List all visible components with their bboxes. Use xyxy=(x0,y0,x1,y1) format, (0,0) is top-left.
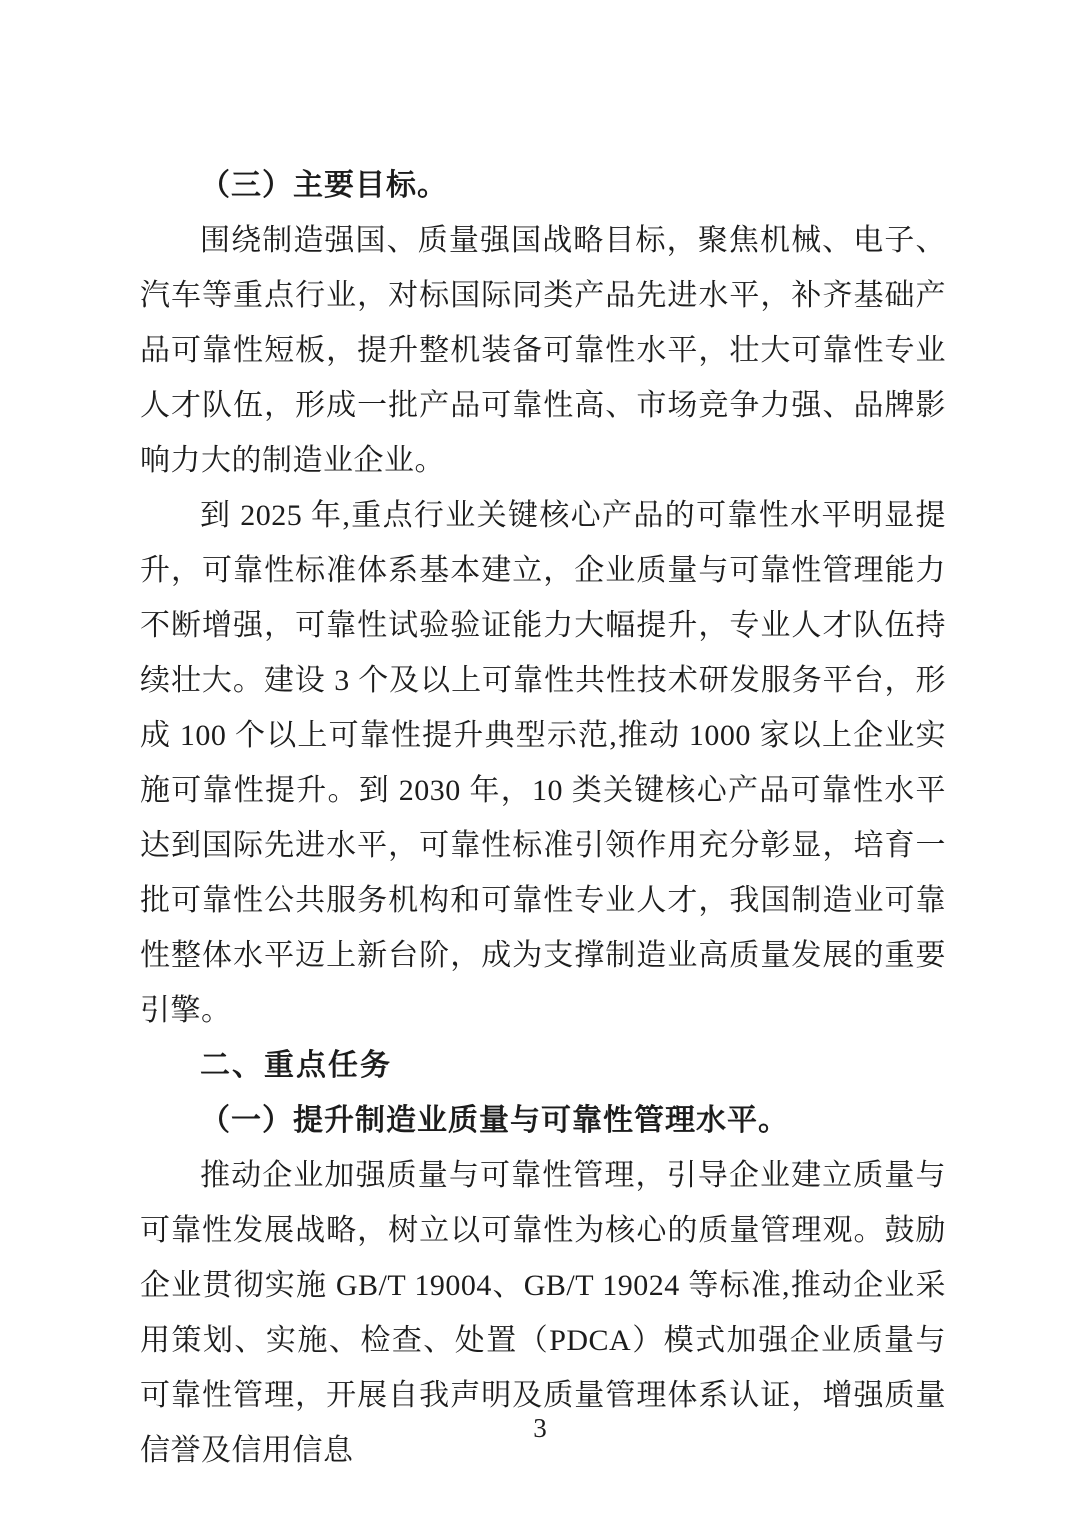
section-heading-key-tasks: 二、重点任务 xyxy=(140,1038,946,1093)
subsection-heading-task-1: （一）提升制造业质量与可靠性管理水平。 xyxy=(140,1093,946,1148)
section-heading-main-goals: （三）主要目标。 xyxy=(140,158,946,213)
document-body: （三）主要目标。 围绕制造强国、质量强国战略目标，聚焦机械、电子、汽车等重点行业… xyxy=(140,158,946,1478)
document-page: （三）主要目标。 围绕制造强国、质量强国战略目标，聚焦机械、电子、汽车等重点行业… xyxy=(0,0,1080,1527)
page-number: 3 xyxy=(0,1408,1080,1448)
paragraph-2025-2030-targets: 到 2025 年,重点行业关键核心产品的可靠性水平明显提升，可靠性标准体系基本建… xyxy=(140,488,946,1038)
paragraph-goals-overview: 围绕制造强国、质量强国战略目标，聚焦机械、电子、汽车等重点行业，对标国际同类产品… xyxy=(140,213,946,488)
